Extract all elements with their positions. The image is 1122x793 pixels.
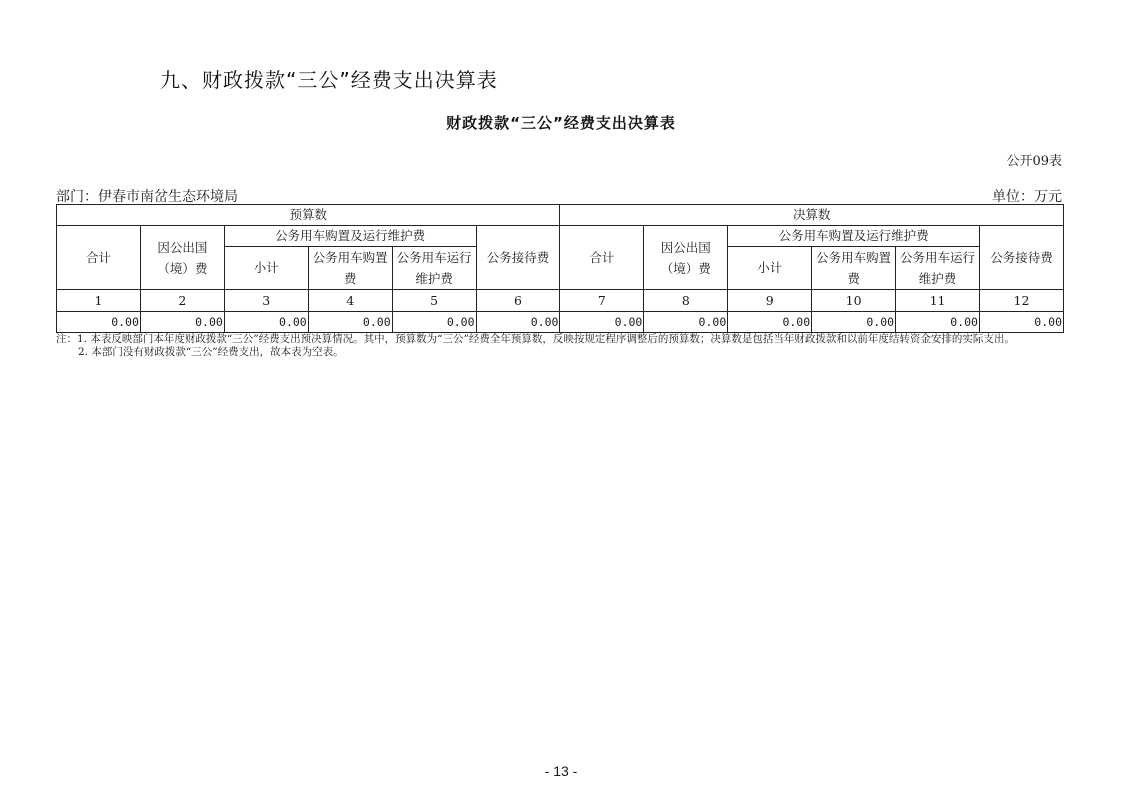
index-row: 1 2 3 4 5 6 7 8 9 10 11 12 xyxy=(57,290,1064,312)
final-vehicle-purchase-header: 公务用车购置费 xyxy=(812,247,896,290)
value-cell: 0.00 xyxy=(308,312,392,333)
unit-label: 单位：万元 xyxy=(992,186,1062,206)
value-cell: 0.00 xyxy=(560,312,644,333)
final-total-header: 合计 xyxy=(560,226,644,290)
notes: 注：1. 本表反映部门本年度财政拨款“三公”经费支出预决算情况。其中，预算数为“… xyxy=(56,333,1066,358)
value-cell: 0.00 xyxy=(476,312,560,333)
column-header-row: 合计 因公出国（境）费 公务用车购置及运行维护费 公务接待费 合计 因公出国（境… xyxy=(57,226,1064,247)
value-cell: 0.00 xyxy=(57,312,141,333)
index-cell: 4 xyxy=(308,290,392,312)
final-subtotal-header: 小计 xyxy=(728,247,812,290)
final-group-header: 决算数 xyxy=(560,205,1064,226)
budget-reception-header: 公务接待费 xyxy=(476,226,560,290)
final-vehicle-operation-header: 公务用车运行维护费 xyxy=(896,247,980,290)
value-cell: 0.00 xyxy=(728,312,812,333)
budget-abroad-header: 因公出国（境）费 xyxy=(140,226,224,290)
index-cell: 11 xyxy=(896,290,980,312)
data-row: 0.00 0.00 0.00 0.00 0.00 0.00 0.00 0.00 … xyxy=(57,312,1064,333)
index-cell: 12 xyxy=(979,290,1063,312)
index-cell: 6 xyxy=(476,290,560,312)
note-1: 注：1. 本表反映部门本年度财政拨款“三公”经费支出预决算情况。其中，预算数为“… xyxy=(56,333,1066,346)
index-cell: 9 xyxy=(728,290,812,312)
group-header-row: 预算数 决算数 xyxy=(57,205,1064,226)
value-cell: 0.00 xyxy=(224,312,308,333)
index-cell: 2 xyxy=(140,290,224,312)
final-abroad-header: 因公出国（境）费 xyxy=(644,226,728,290)
budget-total-header: 合计 xyxy=(57,226,141,290)
final-reception-header: 公务接待费 xyxy=(979,226,1063,290)
final-vehicle-group-header: 公务用车购置及运行维护费 xyxy=(728,226,980,247)
index-cell: 7 xyxy=(560,290,644,312)
budget-group-header: 预算数 xyxy=(57,205,560,226)
index-cell: 5 xyxy=(392,290,476,312)
three-public-expenses-table: 预算数 决算数 合计 因公出国（境）费 公务用车购置及运行维护费 公务接待费 合… xyxy=(56,204,1064,333)
index-cell: 1 xyxy=(57,290,141,312)
budget-vehicle-group-header: 公务用车购置及运行维护费 xyxy=(224,226,476,247)
index-cell: 8 xyxy=(644,290,728,312)
value-cell: 0.00 xyxy=(812,312,896,333)
department-label: 部门：伊春市南岔生态环境局 xyxy=(56,186,238,206)
index-cell: 3 xyxy=(224,290,308,312)
budget-vehicle-operation-header: 公务用车运行维护费 xyxy=(392,247,476,290)
value-cell: 0.00 xyxy=(979,312,1063,333)
value-cell: 0.00 xyxy=(896,312,980,333)
form-code: 公开09表 xyxy=(1006,150,1062,169)
value-cell: 0.00 xyxy=(644,312,728,333)
table-title: 财政拨款“三公”经费支出决算表 xyxy=(0,112,1122,133)
value-cell: 0.00 xyxy=(392,312,476,333)
value-cell: 0.00 xyxy=(140,312,224,333)
budget-subtotal-header: 小计 xyxy=(224,247,308,290)
section-title: 九、财政拨款“三公”经费支出决算表 xyxy=(160,64,498,93)
page-number: - 13 - xyxy=(0,763,1122,779)
note-2: 2. 本部门没有财政拨款“三公”经费支出，故本表为空表。 xyxy=(56,346,1066,359)
budget-vehicle-purchase-header: 公务用车购置费 xyxy=(308,247,392,290)
index-cell: 10 xyxy=(812,290,896,312)
